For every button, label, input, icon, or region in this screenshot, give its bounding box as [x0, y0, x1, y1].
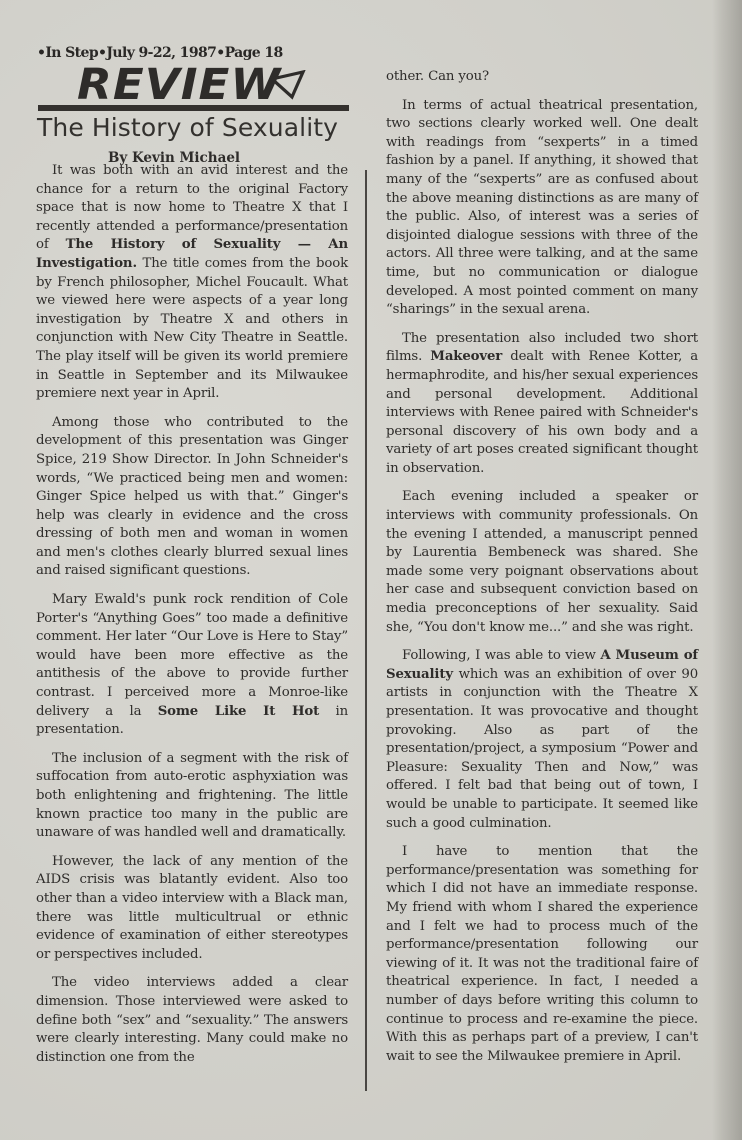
article-paragraph: Mary Ewald's punk rock rendition of Cole… [36, 591, 348, 740]
page-folio: •In Step•July 9-22, 1987•Page 18 [37, 45, 283, 61]
column-divider [365, 170, 367, 1091]
section-rule [38, 105, 349, 111]
triangle-outline-icon [270, 70, 306, 100]
article-paragraph: The inclusion of a segment with the risk… [36, 750, 348, 843]
paragraph-text: Each evening included a speaker or inter… [386, 489, 698, 634]
article-paragraph: However, the lack of any mention of the … [36, 853, 348, 965]
paragraph-text: However, the lack of any mention of the … [36, 854, 348, 962]
article-title: The History of Sexuality [37, 113, 338, 142]
article-paragraph: Among those who contributed to the devel… [36, 414, 348, 581]
article-paragraph: In terms of actual theatrical presentati… [386, 97, 698, 320]
article-column-left: It was both with an avid interest and th… [36, 162, 348, 1077]
section-header: REVIEW [38, 64, 348, 110]
article-paragraph: I have to mention that the performance/p… [386, 843, 698, 1066]
paragraph-text: The video interviews added a clear dimen… [36, 975, 348, 1064]
article-paragraph: The video interviews added a clear dimen… [36, 974, 348, 1067]
paragraph-text: Mary Ewald's punk rock rendition of Cole… [36, 592, 348, 719]
paragraph-text: The title comes from the book by French … [36, 256, 348, 401]
paragraph-text: which was an exhibition of over 90 artis… [386, 667, 698, 831]
paragraph-text: Following, I was able to view [402, 648, 600, 663]
paragraph-text: dealt with Renee Kotter, a hermaphrodite… [386, 349, 698, 476]
paragraph-text: other. Can you? [386, 69, 489, 84]
article-paragraph: other. Can you? [386, 68, 698, 87]
paragraph-text: Among those who contributed to the devel… [36, 415, 348, 579]
article-paragraph: Following, I was able to view A Museum o… [386, 647, 698, 833]
article-column-right: other. Can you?In terms of actual theatr… [386, 68, 698, 1076]
bold-title-text: Makeover [430, 349, 502, 364]
bold-title-text: Some Like It Hot [158, 704, 319, 719]
paragraph-text: I have to mention that the performance/p… [386, 844, 698, 1064]
article-paragraph: The presentation also included two short… [386, 330, 698, 479]
article-paragraph: Each evening included a speaker or inter… [386, 488, 698, 637]
article-paragraph: It was both with an avid interest and th… [36, 162, 348, 404]
paragraph-text: The inclusion of a segment with the risk… [36, 751, 348, 840]
paragraph-text: In terms of actual theatrical presentati… [386, 98, 698, 318]
section-label: REVIEW [77, 60, 281, 110]
